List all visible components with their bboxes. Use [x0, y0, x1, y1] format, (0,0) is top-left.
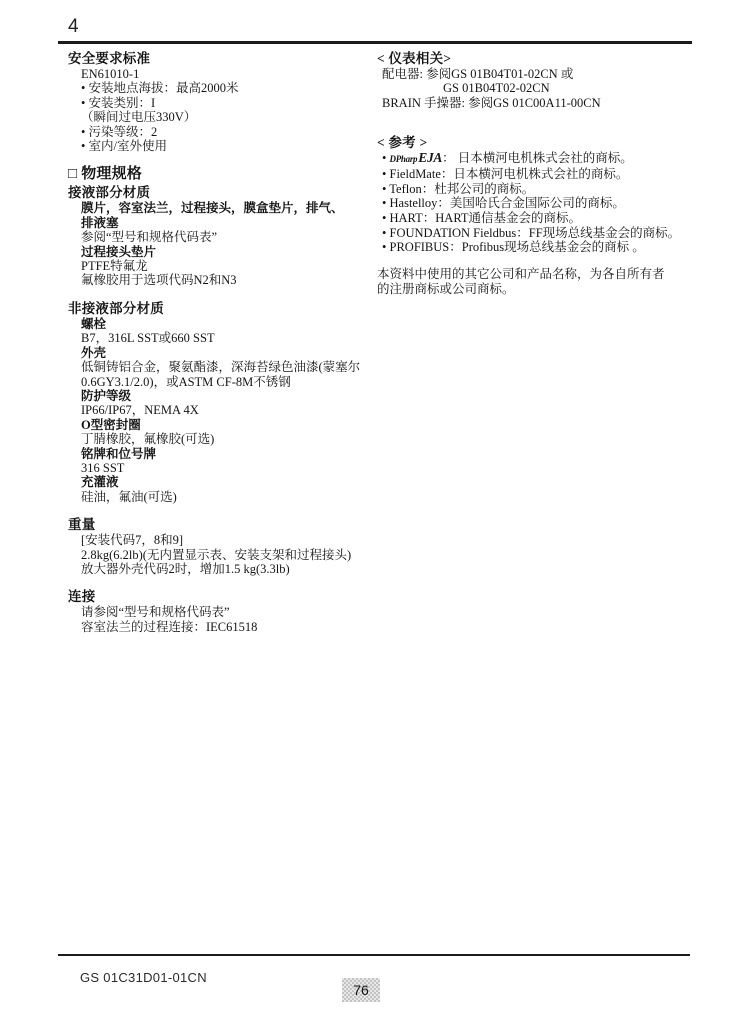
section-safety-standards: 安全要求标准 EN61010-1 • 安装地点海拔：最高2000米 • 安装类别…: [68, 50, 374, 153]
section-physical-specs: □ 物理规格: [68, 165, 374, 183]
spec-line: 2.8kg(6.2lb)(无内置显示表、安装支架和过程接头): [68, 548, 374, 562]
spec-line: • 污染等级：2: [68, 125, 374, 139]
spec-line: 配电器: 参阅GS 01B04T01-02CN 或: [377, 67, 703, 81]
spec-line: 防护等级: [68, 389, 374, 403]
spec-line: 参阅“型号和规格代码表”: [68, 230, 374, 244]
spec-line: 请参阅“型号和规格代码表”: [68, 605, 374, 619]
trademark-item: • Hastelloy：美国哈氏合金国际公司的商标。: [377, 196, 703, 211]
spec-line: 螺栓: [68, 317, 374, 331]
section-title: □ 物理规格: [68, 165, 374, 183]
spec-line: [安装代码7，8和9]: [68, 533, 374, 547]
trademark-text: ： 日本横河电机株式会社的商标。: [442, 151, 633, 165]
section-title: 重量: [68, 516, 374, 533]
spec-line: （瞬间过电压330V）: [68, 110, 374, 124]
spec-line: O型密封圈: [68, 418, 374, 432]
document-page: { "page": { "number": "4", "footer_code"…: [0, 0, 750, 1018]
footer-rule: [58, 954, 690, 956]
trademark-item-dpharp: • DPharpEJA： 日本横河电机株式会社的商标。: [377, 151, 703, 167]
section-title: < 仪表相关>: [377, 50, 703, 67]
section-title: 接液部分材质: [68, 184, 374, 201]
spec-line: PTFE特氟龙: [68, 259, 374, 273]
spec-line: EN61010-1: [68, 67, 374, 81]
note-line: 本资料中使用的其它公司和产品名称，为各自所有者: [377, 267, 703, 282]
bullet-glyph: •: [382, 151, 386, 165]
section-weight: 重量 [安装代码7，8和9] 2.8kg(6.2lb)(无内置显示表、安装支架和…: [68, 516, 374, 576]
trademark-item: • FOUNDATION Fieldbus：FF现场总线基金会的商标。: [377, 226, 703, 241]
page-number: 4: [68, 16, 79, 38]
spec-line: 硅油，氟油(可选): [68, 490, 374, 504]
header-rule: [58, 41, 692, 44]
spec-line: 膜片，容室法兰，过程接头，膜盒垫片，排气、: [68, 201, 374, 215]
section-title: 非接液部分材质: [68, 300, 374, 317]
trademark-item: • Teflon：杜邦公司的商标。: [377, 182, 703, 197]
spec-line: BRAIN 手操器: 参阅GS 01C00A11-00CN: [377, 96, 703, 110]
spec-line: 容室法兰的过程连接：IEC61518: [68, 620, 374, 634]
spec-line: 放大器外壳代码2时，增加1.5 kg(3.3lb): [68, 562, 374, 576]
document-code: GS 01C31D01-01CN: [80, 970, 207, 985]
spec-line: 外壳: [68, 346, 374, 360]
spec-line: • 安装类别：I: [68, 96, 374, 110]
section-title: < 参考 >: [377, 134, 703, 151]
spec-line: 丁腈橡胶，氟橡胶(可选): [68, 432, 374, 446]
note-line: 的注册商标或公司商标。: [377, 282, 703, 297]
section-nonwetted-materials: 非接液部分材质 螺栓 B7，316L SST或660 SST 外壳 低铜铸铝合金…: [68, 300, 374, 504]
spec-line: 充灌液: [68, 475, 374, 489]
spec-line: • 安装地点海拔：最高2000米: [68, 81, 374, 95]
spec-line: 低铜铸铝合金，聚氨酯漆，深海苔绿色油漆(蒙塞尔: [68, 360, 374, 374]
right-column: < 仪表相关> 配电器: 参阅GS 01B04T01-02CN 或 GS 01B…: [377, 50, 703, 297]
section-reference: < 参考 > • DPharpEJA： 日本横河电机株式会社的商标。 • Fie…: [377, 134, 703, 255]
spec-line: 氟橡胶用于选项代码N2和N3: [68, 273, 374, 287]
spec-line: • 室内/室外使用: [68, 139, 374, 153]
section-title: 连接: [68, 588, 374, 605]
section-wetted-materials: 接液部分材质 膜片，容室法兰，过程接头，膜盒垫片，排气、 排液塞 参阅“型号和规…: [68, 184, 374, 287]
spec-line: B7，316L SST或660 SST: [68, 331, 374, 345]
spec-line: 过程接头垫片: [68, 245, 374, 259]
eja-logo-text: EJA: [418, 150, 442, 165]
section-connection: 连接 请参阅“型号和规格代码表” 容室法兰的过程连接：IEC61518: [68, 588, 374, 634]
section-title: 安全要求标准: [68, 50, 374, 67]
dpharp-eja-logo: DPharpEJA: [390, 151, 443, 165]
dpharp-logo-text: DPharp: [390, 154, 418, 164]
left-column: 安全要求标准 EN61010-1 • 安装地点海拔：最高2000米 • 安装类别…: [68, 50, 374, 646]
spec-line: GS 01B04T02-02CN: [377, 81, 703, 95]
page-badge: 76: [342, 978, 380, 1002]
spec-line: 排液塞: [68, 216, 374, 230]
spec-line: 0.6GY3.1/2.0)，或ASTM CF-8M不锈钢: [68, 375, 374, 389]
spec-line: IP66/IP67，NEMA 4X: [68, 403, 374, 417]
trademark-item: • PROFIBUS：Profibus现场总线基金会的商标 。: [377, 240, 703, 255]
spec-line: 铭牌和位号牌: [68, 447, 374, 461]
trademark-item: • HART：HART通信基金会的商标。: [377, 211, 703, 226]
section-instrument-related: < 仪表相关> 配电器: 参阅GS 01B04T01-02CN 或 GS 01B…: [377, 50, 703, 110]
spec-line: 316 SST: [68, 461, 374, 475]
trademark-note: 本资料中使用的其它公司和产品名称，为各自所有者 的注册商标或公司商标。: [377, 267, 703, 297]
trademark-item: • FieldMate：日本横河电机株式会社的商标。: [377, 167, 703, 182]
